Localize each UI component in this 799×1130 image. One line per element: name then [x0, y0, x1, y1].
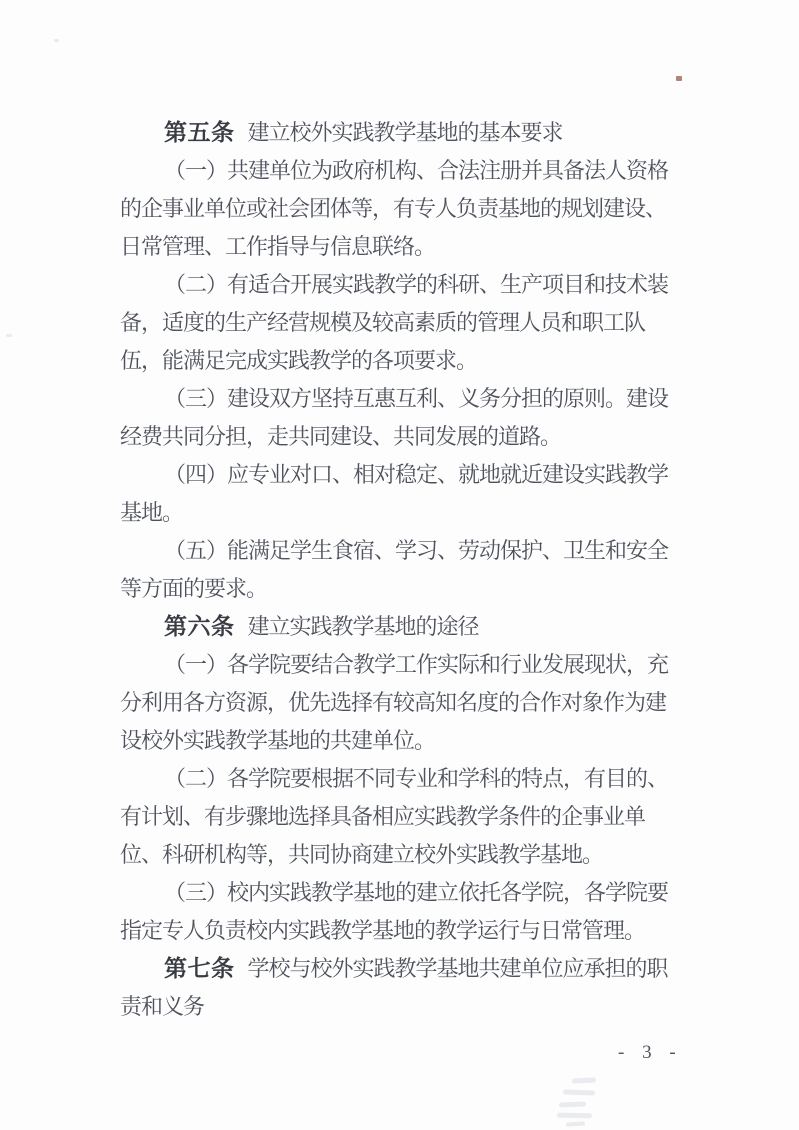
document-line: （三）校内实践教学基地的建立依托各学院，各学院要 [120, 874, 686, 912]
document-line: 指定专人负责校内实践教学基地的教学运行与日常管理。 [120, 912, 686, 950]
ink-bleed-artifact [559, 1102, 586, 1108]
ink-bleed-artifact [572, 1077, 596, 1083]
document-line: （一）共建单位为政府机构、合法注册并具备法人资格 [120, 152, 686, 190]
document-line: 位、科研机构等，共同协商建立校外实践教学基地。 [120, 836, 686, 874]
document-line: 责和义务 [120, 988, 686, 1026]
scan-speck-faint [54, 39, 59, 42]
article-number: 第七条 [164, 956, 235, 981]
document-line: 的企事业单位或社会团体等，有专人负责基地的规划建设、 [120, 190, 686, 228]
document-line: 分利用各方资源，优先选择有较高知名度的合作对象作为建 [120, 684, 686, 722]
document-line: （二）各学院要根据不同专业和学科的特点，有目的、 [120, 760, 686, 798]
scan-speck-faint [6, 334, 12, 337]
ink-bleed-artifact [566, 1121, 585, 1126]
scanned-document-page: 第五条建立校外实践教学基地的基本要求（一）共建单位为政府机构、合法注册并具备法人… [0, 0, 799, 1130]
article-heading-line: 第七条学校与校外实践教学基地共建单位应承担的职 [120, 950, 686, 988]
page-number: - 3 - [618, 1042, 680, 1064]
document-line: （三）建设双方坚持互惠互利、义务分担的原则。建设 [120, 380, 686, 418]
document-line: 设校外实践教学基地的共建单位。 [120, 722, 686, 760]
scan-speck-red [676, 76, 682, 81]
document-line: 等方面的要求。 [120, 570, 686, 608]
document-body: 第五条建立校外实践教学基地的基本要求（一）共建单位为政府机构、合法注册并具备法人… [120, 114, 686, 1026]
document-line: 有计划、有步骤地选择具备相应实践教学条件的企事业单 [120, 798, 686, 836]
ink-bleed-artifact [563, 1089, 595, 1095]
article-number: 第六条 [164, 614, 235, 639]
document-line: 备，适度的生产经营规模及较高素质的管理人员和职工队 [120, 304, 686, 342]
document-line: （四）应专业对口、相对稳定、就地就近建设实践教学 [120, 456, 686, 494]
document-line: 经费共同分担，走共同建设、共同发展的道路。 [120, 418, 686, 456]
document-line: （二）有适合开展实践教学的科研、生产项目和技术装 [120, 266, 686, 304]
ink-bleed-artifact [557, 1113, 592, 1119]
document-line: （五）能满足学生食宿、学习、劳动保护、卫生和安全 [120, 532, 686, 570]
document-line: （一）各学院要结合教学工作实际和行业发展现状，充 [120, 646, 686, 684]
article-title: 学校与校外实践教学基地共建单位应承担的职 [248, 956, 668, 981]
article-heading-line: 第六条建立实践教学基地的途径 [120, 608, 686, 646]
article-number: 第五条 [164, 120, 235, 145]
article-title: 建立校外实践教学基地的基本要求 [248, 120, 563, 145]
document-line: 基地。 [120, 494, 686, 532]
article-title: 建立实践教学基地的途径 [248, 614, 479, 639]
article-heading-line: 第五条建立校外实践教学基地的基本要求 [120, 114, 686, 152]
document-line: 伍，能满足完成实践教学的各项要求。 [120, 342, 686, 380]
document-line: 日常管理、工作指导与信息联络。 [120, 228, 686, 266]
